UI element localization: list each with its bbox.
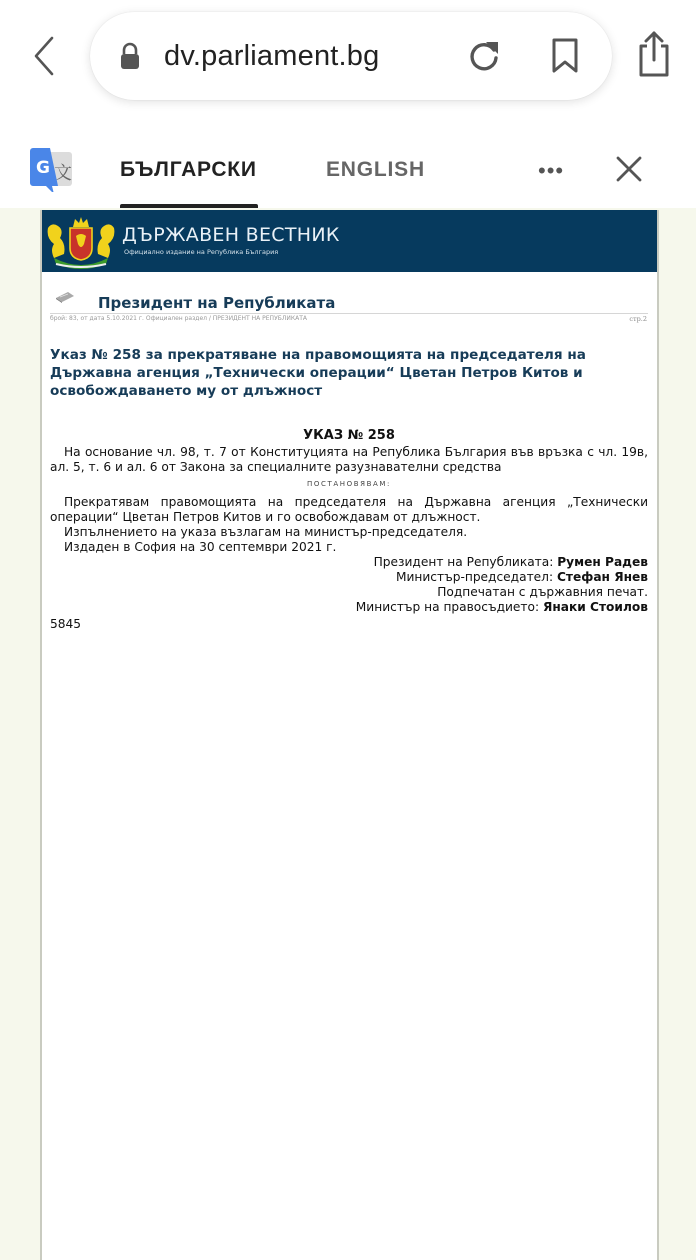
decree-decision: Прекратявам правомощията на председателя… <box>50 495 648 525</box>
gazette-document: ДЪРЖАВЕН ВЕСТНИК Официално издание на Ре… <box>40 210 659 1260</box>
gazette-subtitle: Официално издание на Република България <box>124 248 278 256</box>
gazette-masthead[interactable]: ДЪРЖАВЕН ВЕСТНИК Официално издание на Ре… <box>42 210 657 272</box>
decree-issued: Издаден в София на 30 септември 2021 г. <box>50 540 648 555</box>
divider <box>50 313 648 314</box>
translate-bar: 文 G БЪЛГАРСКИ ENGLISH ••• <box>0 130 696 208</box>
close-icon[interactable] <box>614 154 644 184</box>
page-number: стр.2 <box>629 315 647 323</box>
decree-body: УКАЗ № 258 На основание чл. 98, т. 7 от … <box>50 428 648 632</box>
publication-number: 5845 <box>50 617 648 632</box>
decree-title: УКАЗ № 258 <box>50 428 648 443</box>
tab-bulgarian[interactable]: БЪЛГАРСКИ <box>120 158 257 182</box>
article-headline[interactable]: Указ № 258 за прекратяване на правомощия… <box>50 346 650 400</box>
signature-president: Президент на Републиката: Румен Радев <box>50 555 648 570</box>
browser-toolbar: dv.parliament.bg <box>0 0 696 130</box>
signature-prime-minister: Министър-председател: Стефан Янев <box>50 570 648 585</box>
google-translate-icon: 文 G <box>30 148 74 192</box>
more-options-button[interactable]: ••• <box>538 158 564 184</box>
tab-english[interactable]: ENGLISH <box>326 158 425 182</box>
lock-icon <box>120 42 140 70</box>
state-seal-note: Подпечатан с държавния печат. <box>50 585 648 600</box>
decree-basis: На основание чл. 98, т. 7 от Конституция… <box>50 445 648 475</box>
reload-icon[interactable] <box>466 38 502 74</box>
url-text[interactable]: dv.parliament.bg <box>164 36 379 76</box>
bookmark-icon[interactable] <box>550 38 580 74</box>
section-title: Президент на Републиката <box>98 294 335 312</box>
svg-text:G: G <box>36 158 50 178</box>
signature-justice-minister: Министър на правосъдието: Янаки Стоилов <box>50 600 648 615</box>
chevron-left-icon[interactable] <box>28 34 60 78</box>
share-icon[interactable] <box>636 30 672 78</box>
gazette-title: ДЪРЖАВЕН ВЕСТНИК <box>122 224 340 246</box>
decree-resolves-label: ПОСТАНОВЯВАМ: <box>50 477 648 492</box>
address-bar[interactable]: dv.parliament.bg <box>90 12 612 100</box>
issue-meta-breadcrumb: брой: 83, от дата 5.10.2021 г. Официален… <box>50 315 307 322</box>
newspaper-icon <box>54 290 76 304</box>
coat-of-arms-icon <box>46 214 116 270</box>
decree-execution: Изпълнението на указа възлагам на минист… <box>50 525 648 540</box>
